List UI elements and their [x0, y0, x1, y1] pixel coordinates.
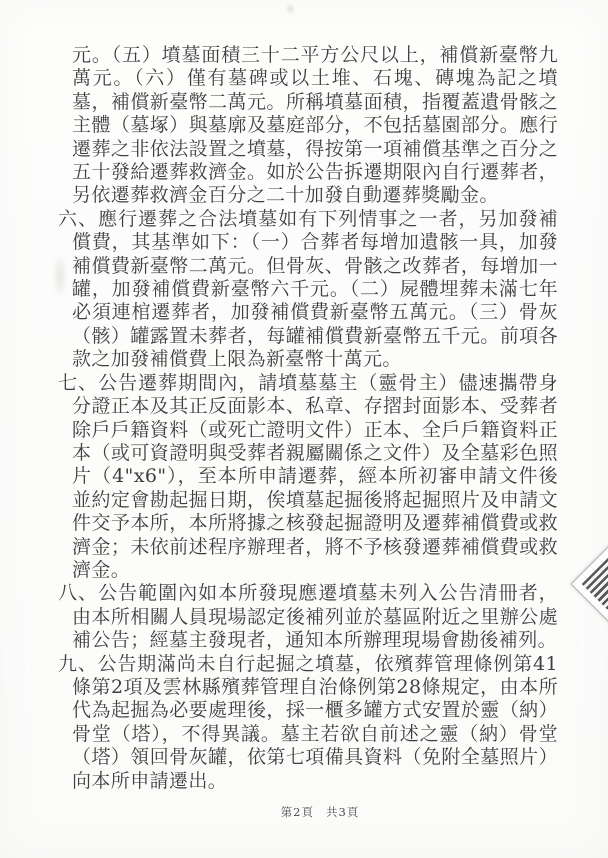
page-number: 第2頁 — [281, 805, 314, 819]
paragraph-item7: 七、公告遷葬期間內，請墳墓墓主（靈骨主）儘速攜帶身分證正本及其正反面影本、私章、… — [58, 372, 558, 583]
list-item-label: 六、 — [58, 208, 98, 230]
scan-smudge-artifact — [286, 3, 295, 15]
paragraph-item8: 八、公告範圍內如本所發現應遷墳墓未列入公告清冊者，由本所相關人員現場認定後補列並… — [58, 582, 558, 652]
page-footer: 第2頁共3頁 — [0, 804, 608, 820]
list-item-label: 九、 — [58, 653, 98, 675]
page-total: 共3頁 — [326, 805, 359, 819]
scanned-document-page: 元。（五）墳墓面積三十二平方公尺以上，補償新臺幣九萬元。（六）僅有墓碑或以土堆、… — [0, 0, 608, 858]
list-item-label: 七、 — [58, 372, 98, 394]
paragraph-text: 公告期滿尚未自行起掘之墳墓，依殯葬管理條例第41條第2項及雲林縣殯葬管理自治條例… — [72, 653, 558, 792]
paragraph-text: 公告範圍內如本所發現應遷墳墓未列入公告清冊者，由本所相關人員現場認定後補列並於墓… — [72, 582, 558, 651]
list-item-label: 八、 — [58, 582, 98, 604]
paragraph-item5-continuation: 元。（五）墳墓面積三十二平方公尺以上，補償新臺幣九萬元。（六）僅有墓碑或以土堆、… — [58, 44, 558, 208]
paragraph-item6: 六、應行遷葬之合法墳墓如有下列情事之一者，另加發補償費，其基準如下：（一）合葬者… — [58, 208, 558, 372]
paragraph-text: 應行遷葬之合法墳墓如有下列情事之一者，另加發補償費，其基準如下：（一）合葬者每增… — [72, 208, 558, 370]
document-body: 元。（五）墳墓面積三十二平方公尺以上，補償新臺幣九萬元。（六）僅有墓碑或以土堆、… — [58, 44, 558, 793]
seal-texture — [582, 556, 608, 613]
paragraph-text: 元。（五）墳墓面積三十二平方公尺以上，補償新臺幣九萬元。（六）僅有墓碑或以土堆、… — [72, 44, 558, 206]
paragraph-text: 公告遷葬期間內，請墳墓墓主（靈骨主）儘速攜帶身分證正本及其正反面影本、私章、存摺… — [72, 372, 558, 581]
paragraph-item9: 九、公告期滿尚未自行起掘之墳墓，依殯葬管理條例第41條第2項及雲林縣殯葬管理自治… — [58, 653, 558, 793]
official-seal-icon — [570, 544, 608, 623]
